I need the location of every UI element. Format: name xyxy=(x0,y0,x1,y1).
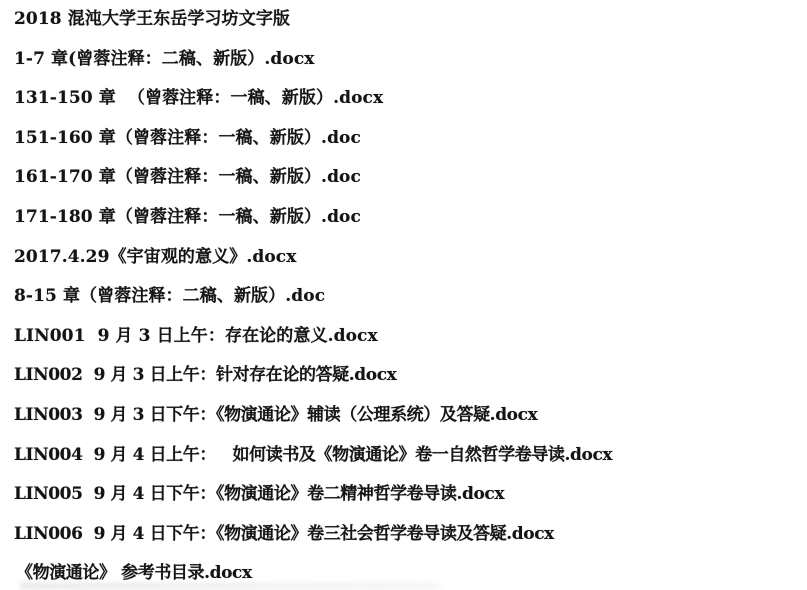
file-item[interactable]: 2017.4.29《宇宙观的意义》.docx xyxy=(14,238,612,278)
file-item[interactable]: LIN001 9 月 3 日上午：存在论的意义.docx xyxy=(14,317,612,357)
file-item[interactable]: LIN004 9 月 4 日上午： 如何读书及《物演通论》卷一自然哲学卷导读.d… xyxy=(14,436,612,476)
file-item[interactable]: 131-150 章 （曾蓉注释：一稿、新版）.docx xyxy=(14,79,612,119)
file-item[interactable]: LIN003 9 月 3 日下午：《物演通论》辅读（公理系统）及答疑.docx xyxy=(14,396,612,436)
document-title: 2018 混沌大学王东岳学习坊文字版 xyxy=(14,0,612,40)
file-item[interactable]: 1-7 章(曾蓉注释：二稿、新版）.docx xyxy=(14,40,612,80)
cut-off-line xyxy=(20,582,440,590)
file-item[interactable]: LIN006 9 月 4 日下午：《物演通论》卷三社会哲学卷导读及答疑.docx xyxy=(14,515,612,555)
file-item[interactable]: LIN005 9 月 4 日下午：《物演通论》卷二精神哲学卷导读.docx xyxy=(14,475,612,515)
file-item[interactable]: 151-160 章（曾蓉注释：一稿、新版）.doc xyxy=(14,119,612,159)
file-item[interactable]: 8-15 章（曾蓉注释：二稿、新版）.doc xyxy=(14,277,612,317)
file-list: 2018 混沌大学王东岳学习坊文字版 1-7 章(曾蓉注释：二稿、新版）.doc… xyxy=(14,0,612,590)
file-item[interactable]: LIN002 9 月 3 日上午：针对存在论的答疑.docx xyxy=(14,356,612,396)
file-item[interactable]: 171-180 章（曾蓉注释：一稿、新版）.doc xyxy=(14,198,612,238)
file-item[interactable]: 161-170 章（曾蓉注释：一稿、新版）.doc xyxy=(14,158,612,198)
